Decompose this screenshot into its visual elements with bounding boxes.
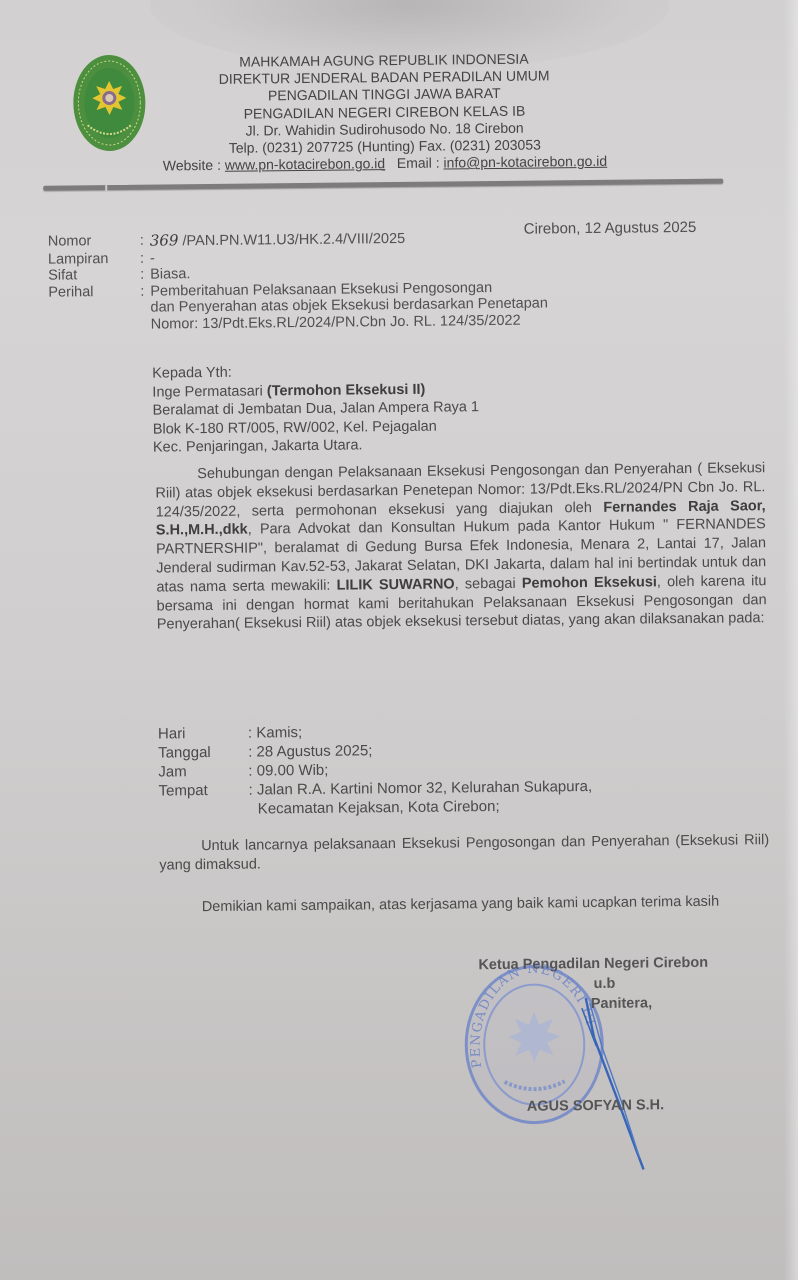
divider-break	[105, 184, 107, 191]
execution-schedule: Hari: Kamis; Tanggal: 28 Agustus 2025; J…	[158, 719, 678, 819]
addressee-address-line: Blok K-180 RT/005, RW/002, Kel. Pejagala…	[153, 417, 480, 439]
letterhead-contact: Website : www.pn-kotacirebon.go.id Email…	[145, 153, 625, 175]
signatory-position: Panitera,	[591, 995, 652, 1012]
meta-spacer	[48, 300, 140, 317]
meta-label: Perihal	[48, 283, 140, 300]
website-link[interactable]: www.pn-kotacirebon.go.id	[225, 155, 385, 173]
body-text: , sebagai	[455, 576, 522, 593]
meta-spacer	[141, 316, 151, 333]
handwritten-number: 369	[150, 231, 179, 249]
email-link[interactable]: info@pn-kotacirebon.go.id	[443, 153, 607, 171]
body-paragraph-3: Demikian kami sampaikan, atas kerjasama …	[160, 892, 770, 917]
meta-label: Sifat	[48, 267, 140, 284]
body-paragraph-2: Untuk lancarnya pelaksanaan Eksekusi Pen…	[159, 831, 769, 875]
applicant-role: Pemohon Eksekusi	[522, 574, 657, 591]
body-text: Demikian kami sampaikan, atas kerjasama …	[202, 894, 720, 915]
website-label: Website :	[163, 157, 225, 174]
addressee-block: Kepada Yth: Inge Permatasari (Termohon E…	[152, 361, 479, 457]
meta-colon: :	[140, 267, 150, 284]
schedule-spacer	[159, 800, 249, 820]
meta-label: Nomor	[48, 233, 140, 251]
letter-page: MAHKAMAH AGUNG REPUBLIK INDONESIA DIREKT…	[0, 0, 798, 1280]
schedule-label: Jam	[158, 762, 248, 782]
letterhead-divider	[43, 179, 723, 191]
schedule-row: Kecamatan Kejaksan, Kota Cirebon;	[159, 795, 678, 819]
signature-block: Ketua Pengadilan Negeri Cirebon u.b Pani…	[473, 954, 773, 957]
meta-colon: :	[140, 233, 150, 251]
addressee-role: (Termohon Eksekusi II)	[267, 381, 426, 399]
schedule-label: Tanggal	[158, 743, 248, 763]
letter-meta: Nomor : 369 /PAN.PN.W11.U3/HK.2.4/VIII/2…	[48, 226, 739, 333]
email-label: Email :	[397, 155, 444, 171]
meta-label: Lampiran	[48, 250, 140, 267]
body-text: Untuk lancarnya pelaksanaan Eksekusi Pen…	[159, 832, 769, 873]
reference-number: /PAN.PN.W11.U3/HK.2.4/VIII/2025	[178, 231, 405, 249]
signatory-title: Ketua Pengadilan Negeri Cirebon	[478, 955, 708, 973]
letterhead: MAHKAMAH AGUNG REPUBLIK INDONESIA DIREKT…	[144, 50, 625, 175]
signatory-name: AGUS SOFYAN S.H.	[527, 1097, 664, 1114]
body-paragraph-1: Sehubungan dengan Pelaksanaan Eksekusi P…	[155, 459, 767, 635]
addressee-name: Inge Permatasari	[152, 383, 267, 400]
handwritten-signature-icon	[564, 997, 686, 1173]
meta-spacer	[49, 316, 141, 333]
signatory-ub: u.b	[594, 976, 616, 992]
court-emblem-icon	[71, 53, 148, 154]
schedule-label: Hari	[158, 724, 248, 744]
meta-spacer	[140, 300, 150, 317]
meta-colon: :	[140, 250, 150, 267]
schedule-value-cont: Kecamatan Kejaksan, Kota Cirebon;	[249, 795, 678, 818]
addressee-address-line: Kec. Penjaringan, Jakarta Utara.	[153, 435, 480, 457]
meta-colon: :	[140, 283, 150, 300]
applicant-name: LILIK SUWARNO	[336, 576, 454, 593]
schedule-label: Tempat	[158, 781, 248, 801]
